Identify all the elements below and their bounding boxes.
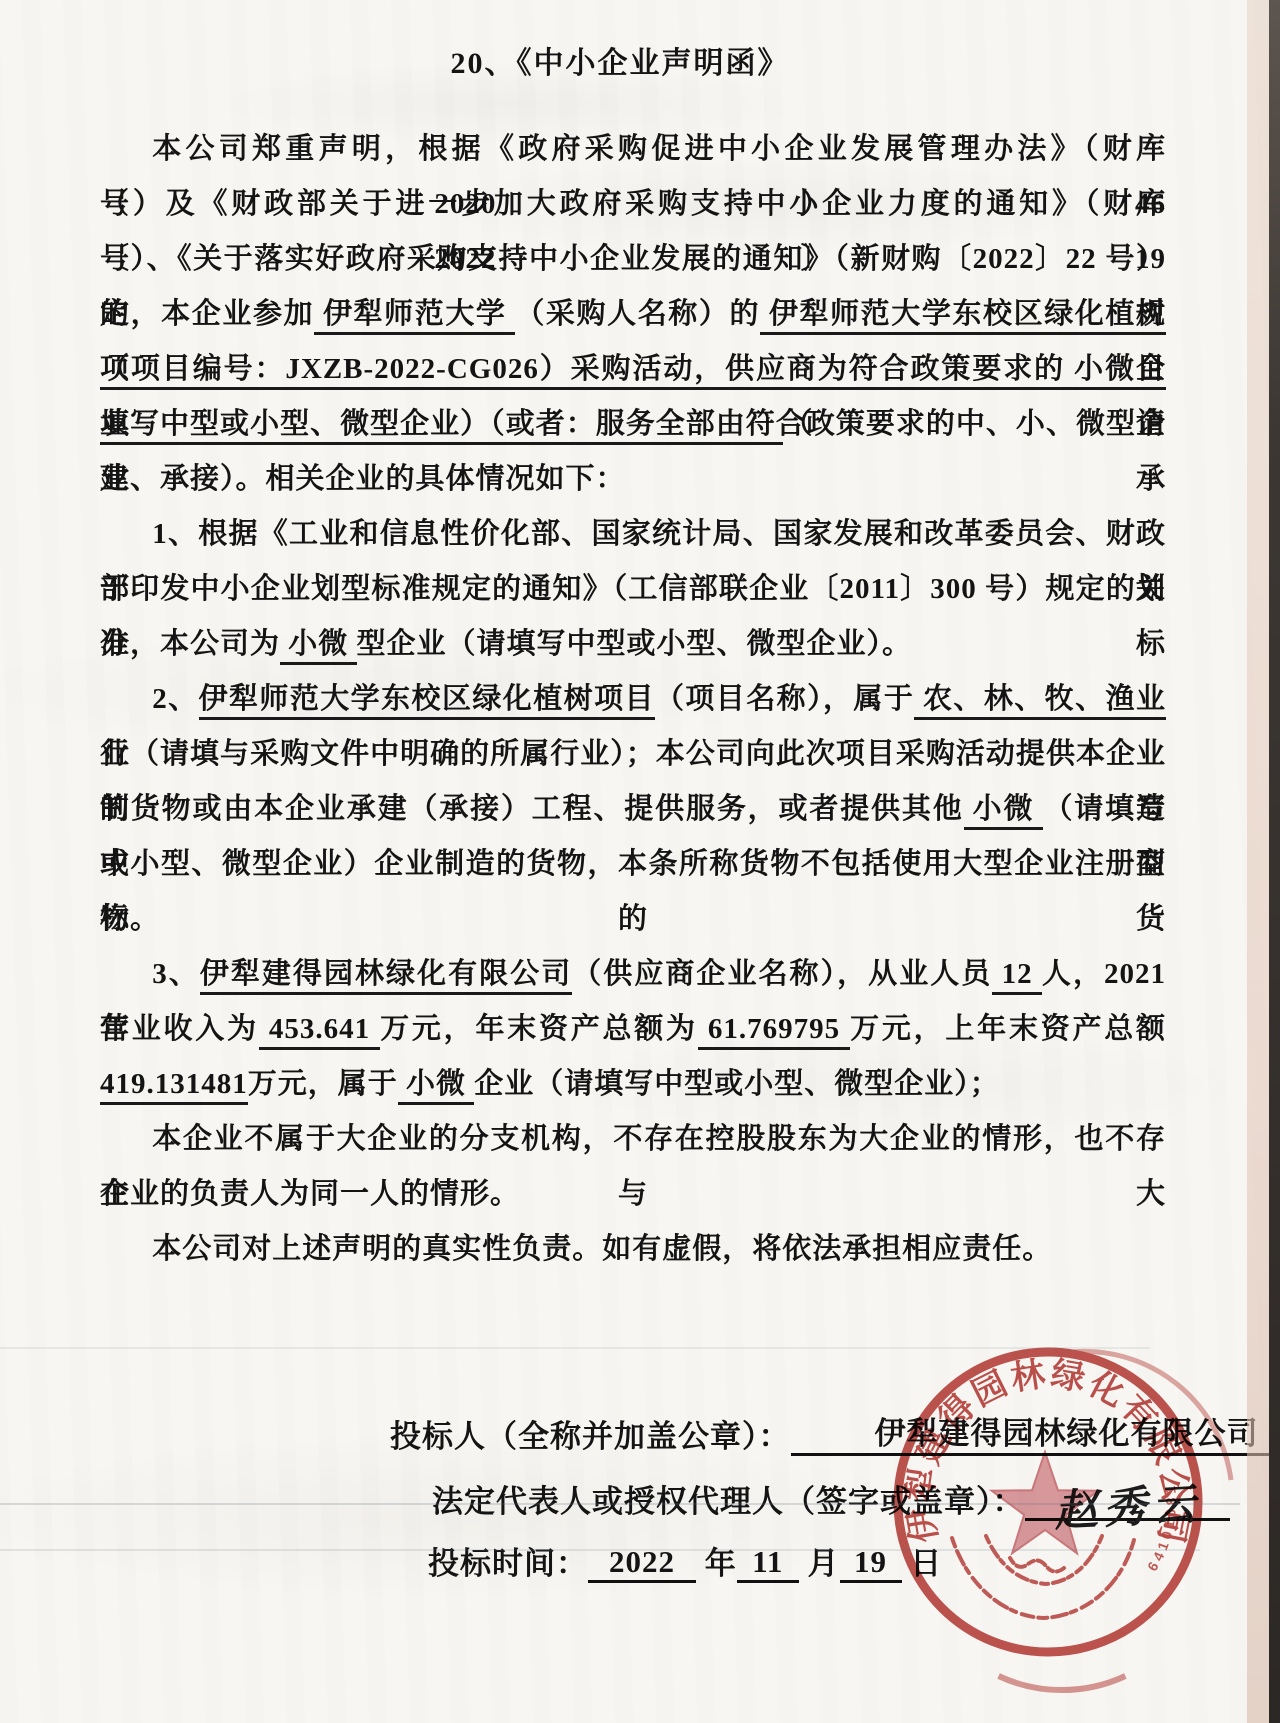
bidder-label: 投标人（全称并加盖公章）： (390, 1419, 791, 1454)
fill-in-underlined: 小微 (280, 628, 357, 665)
doc-text: 型企业（请填写中型或小型、微型企业）。 (357, 628, 913, 660)
doc-line: 的货物或由本企业承建（承接）工程、提供服务，或者提供其他 小微 （请填写中型 (100, 782, 1166, 837)
doc-text: 2、 (152, 683, 198, 715)
doc-line: 营业收入为 453.641 万元，年末资产总额为 61.769795 万元，上年… (100, 1002, 1166, 1057)
document-title: 20、《中小企业声明函》 (0, 38, 1240, 82)
fill-in-underlined: 12 (992, 958, 1042, 995)
fill-in-underlined: 453.641 (259, 1013, 380, 1050)
scanned-document-page: 20、《中小企业声明函》 本公司郑重声明，根据《政府采购促进中小企业发展管理办法… (0, 0, 1280, 1723)
page-edge-shadow (1247, 0, 1269, 1723)
doc-line: 号）、《关于落实好政府采购支持中小企业发展的通知》（新财购〔2022〕22 号）… (100, 232, 1166, 287)
doc-text: 万元，属于 (248, 1068, 398, 1100)
doc-text: （采购人名称）的 (515, 298, 760, 330)
doc-text: （供应商企业名称），从业人员 (572, 958, 992, 990)
doc-line: 业（请填与采购文件中明确的所属行业）；本公司向此次项目采购活动提供本企业制造 (100, 727, 1166, 782)
fill-in-underlined: 419.131481 (100, 1068, 248, 1105)
scan-artifact-line (0, 1347, 1150, 1349)
bid-date-line: 投标时间：2022 年11 月19 日 (428, 1538, 942, 1583)
doc-text: （项目名称），属于 (655, 683, 914, 715)
doc-text: 本公司对上述声明的真实性负责。如有虚假，将依法承担相应责任。 (152, 1233, 1052, 1265)
page-edge-dark-strip (1269, 0, 1280, 1723)
seal-ghost-arc-bottom (999, 1676, 1126, 1690)
fill-in-underlined: 伊犁师范大学东校区绿化植树项目 (199, 683, 655, 720)
doc-line: 本企业不属于大企业的分支机构，不存在控股股东为大企业的情形，也不存在与大 (100, 1112, 1166, 1167)
doc-text: 准，本公司为 (100, 628, 280, 660)
fill-in-underlined: 小微 (398, 1068, 475, 1105)
fill-in-underlined: 伊犁建得园林绿化有限公司 (200, 958, 572, 995)
doc-line: 定，本企业参加 伊犁师范大学 （采购人名称）的 伊犁师范大学东校区绿化植树项目 (100, 287, 1166, 342)
year-unit: 年 (705, 1546, 737, 1581)
doc-line: 号）及《财政部关于进一步加大政府采购支持中小企业力度的通知》（财库〔2022〕1… (100, 177, 1166, 232)
doc-line: 1、根据《工业和信息性价化部、国家统计局、国家发展和改革委员会、财政部关 (100, 507, 1166, 562)
doc-text: 采购活动，供应商为符合政策要求的 (571, 353, 1065, 385)
doc-line: 419.131481万元，属于 小微 企业（请填写中型或小型、微型企业）； (100, 1057, 1166, 1112)
fill-in-underlined: （项目编号：JXZB-2022-CG026） (100, 353, 571, 390)
month-unit: 月 (808, 1546, 840, 1581)
doc-line: 3、伊犁建得园林绿化有限公司（供应商企业名称），从业人员 12 人，2021 年 (100, 947, 1166, 1002)
bid-date-label: 投标时间： (428, 1546, 588, 1581)
doc-line: 2、伊犁师范大学东校区绿化植树项目（项目名称），属于 农、林、牧、渔业 行 (100, 672, 1166, 727)
company-seal-stamp: 伊犁建得园林绿化有限公司 64101081 (870, 1330, 1230, 1690)
doc-text: 3、 (152, 958, 200, 990)
doc-text: 或小型、微型企业）企业制造的货物，本条所称货物不包括使用大型企业注册商标的货 (100, 848, 1166, 935)
doc-text: 定，本企业参加 (100, 298, 314, 330)
doc-text: 万元，年末资产总额为 (380, 1013, 698, 1045)
doc-text: 建、承接）。相关企业的具体情况如下： (100, 463, 626, 495)
scan-artifact-line (0, 1549, 1200, 1551)
doc-text: 物。 (100, 903, 160, 935)
fill-in-underlined: 61.769795 (698, 1013, 850, 1050)
doc-line: 于印发中小企业划型标准规定的通知》（工信部联企业〔2011〕300 号）规定的划… (100, 562, 1166, 617)
fill-in-underlined: 伊犁师范大学 (314, 298, 515, 335)
doc-line: 填写中型或小型、微型企业）（或者：服务全部由符合政策要求的中、小、微型企业承 (100, 397, 1166, 452)
doc-line: 或小型、微型企业）企业制造的货物，本条所称货物不包括使用大型企业注册商标的货 (100, 837, 1166, 892)
doc-line: 本公司对上述声明的真实性负责。如有虚假，将依法承担相应责任。 (100, 1222, 1166, 1277)
doc-text: 营业收入为 (100, 1013, 259, 1045)
doc-text: 的货物或由本企业承建（承接）工程、提供服务，或者提供其他 (100, 793, 964, 825)
doc-text: 企业（请填写中型或小型、微型企业）； (474, 1068, 1000, 1100)
scan-artifact-line (0, 1503, 1240, 1505)
fill-in-underlined: 小微 (964, 793, 1044, 830)
doc-text: 万元，上年末资产总额 (850, 1013, 1166, 1045)
doc-line: 本公司郑重声明，根据《政府采购促进中小企业发展管理办法》（财库（2020）46 (100, 122, 1166, 177)
document-body: 本公司郑重声明，根据《政府采购促进中小企业发展管理办法》（财库（2020）46号… (100, 122, 1166, 1277)
fill-in-underlined: 农、林、牧、渔业 (914, 683, 1166, 720)
doc-line: （项目编号：JXZB-2022-CG026）采购活动，供应商为符合政策要求的 小… (100, 342, 1166, 397)
doc-text: 企业的负责人为同一人的情形。 (100, 1178, 520, 1210)
